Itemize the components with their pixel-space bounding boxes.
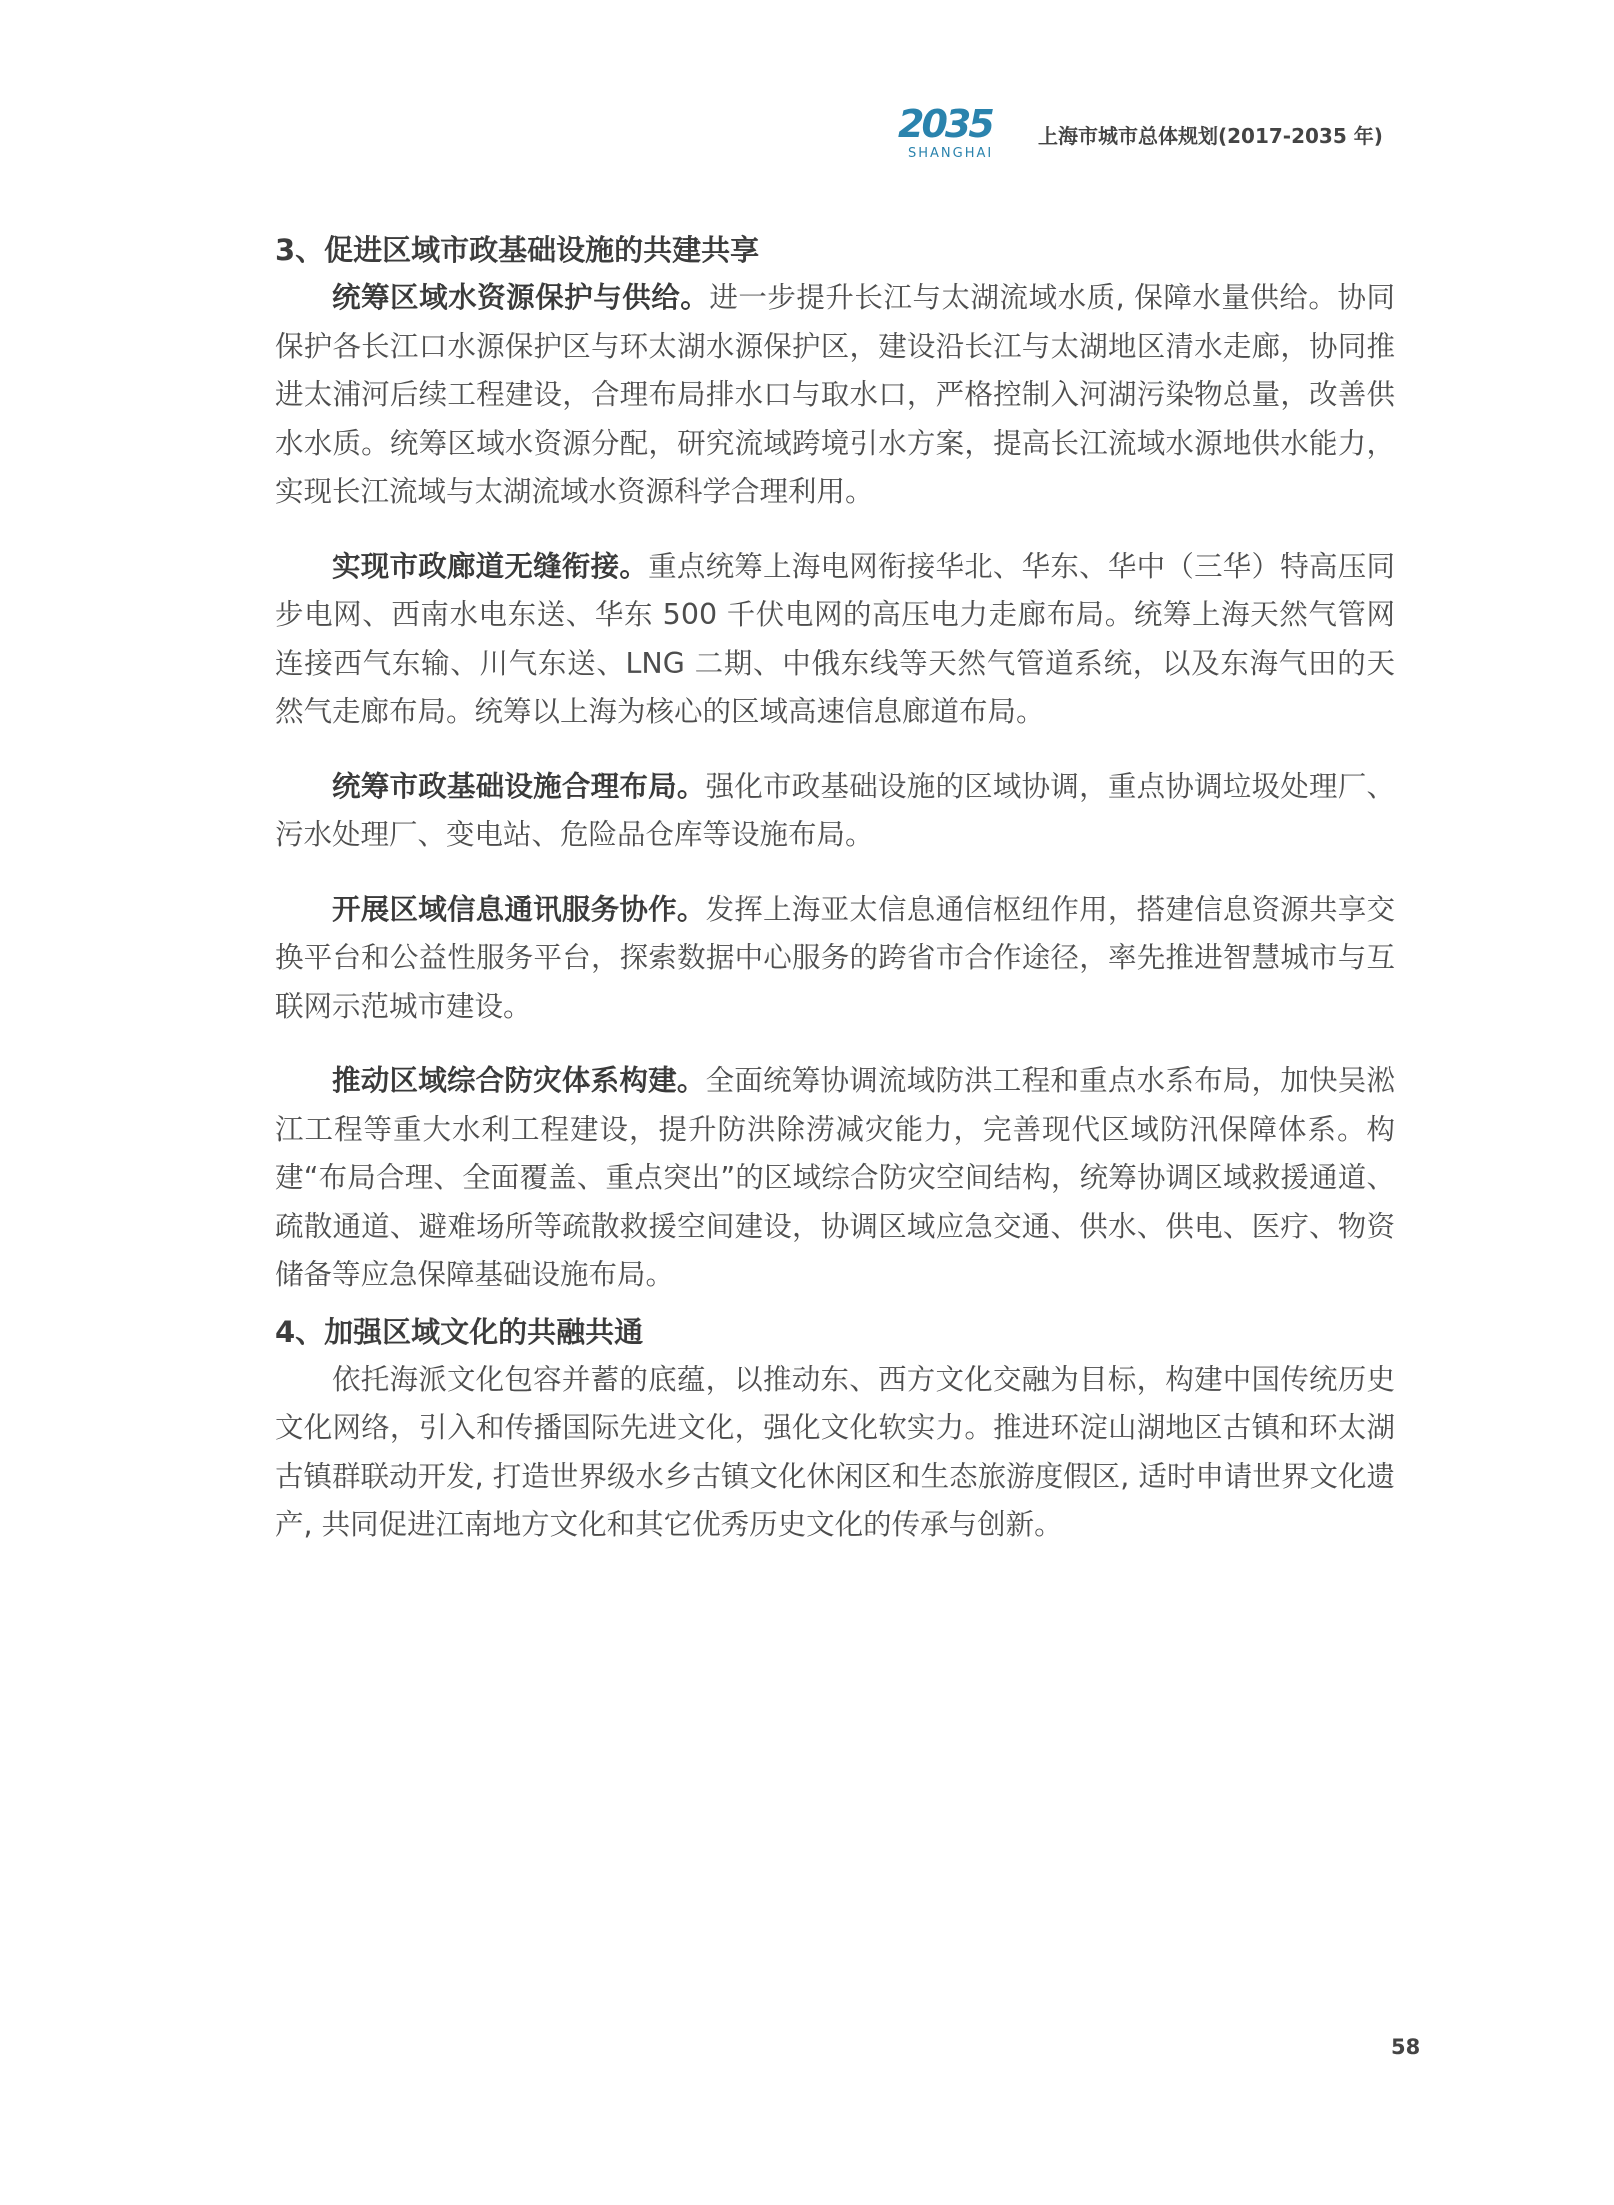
paragraph-text: 全面统筹协调流域防洪工程和重点水系布局，加快吴淞江工程等重大水利工程建设，提升防… [275, 1064, 1395, 1291]
paragraph: 统筹区域水资源保护与供给。进一步提升长江与太湖流域水质, 保障水量供给。协同保护… [275, 274, 1395, 517]
page-number: 58 [1391, 2035, 1420, 2059]
paragraph: 开展区域信息通讯服务协作。发挥上海亚太信息通信枢纽作用，搭建信息资源共享交换平台… [275, 886, 1395, 1032]
paragraph: 推动区域综合防灾体系构建。全面统筹协调流域防洪工程和重点水系布局，加快吴淞江工程… [275, 1057, 1395, 1300]
shanghai-2035-logo: 2035 SHANGHAI [898, 108, 1008, 164]
section-heading: 3、促进区域市政基础设施的共建共享 [275, 226, 1395, 274]
page-header: 2035 SHANGHAI 上海市城市总体规划(2017-2035 年) [898, 108, 1398, 168]
section-heading: 4、加强区域文化的共融共通 [275, 1308, 1395, 1356]
paragraph-lead: 统筹区域水资源保护与供给。 [332, 281, 709, 314]
document-title: 上海市城市总体规划(2017-2035 年) [1038, 120, 1383, 149]
logo-number: 2035 [898, 102, 992, 146]
page-content: 3、促进区域市政基础设施的共建共享 统筹区域水资源保护与供给。进一步提升长江与太… [275, 226, 1395, 1550]
paragraph-lead: 推动区域综合防灾体系构建。 [332, 1064, 706, 1097]
paragraph: 统筹市政基础设施合理布局。强化市政基础设施的区域协调，重点协调垃圾处理厂、污水处… [275, 763, 1395, 860]
paragraph-text: 依托海派文化包容并蓄的底蕴，以推动东、西方文化交融为目标，构建中国传统历史文化网… [275, 1363, 1395, 1542]
paragraph-text: 进一步提升长江与太湖流域水质, 保障水量供给。协同保护各长江口水源保护区与环太湖… [275, 281, 1395, 508]
paragraph: 依托海派文化包容并蓄的底蕴，以推动东、西方文化交融为目标，构建中国传统历史文化网… [275, 1356, 1395, 1550]
paragraph-lead: 开展区域信息通讯服务协作。 [332, 893, 706, 926]
logo-city: SHANGHAI [908, 146, 993, 161]
paragraph-lead: 统筹市政基础设施合理布局。 [332, 770, 706, 803]
paragraph: 实现市政廊道无缝衔接。重点统筹上海电网衔接华北、华东、华中（三华）特高压同步电网… [275, 543, 1395, 737]
paragraph-lead: 实现市政廊道无缝衔接。 [332, 550, 648, 583]
